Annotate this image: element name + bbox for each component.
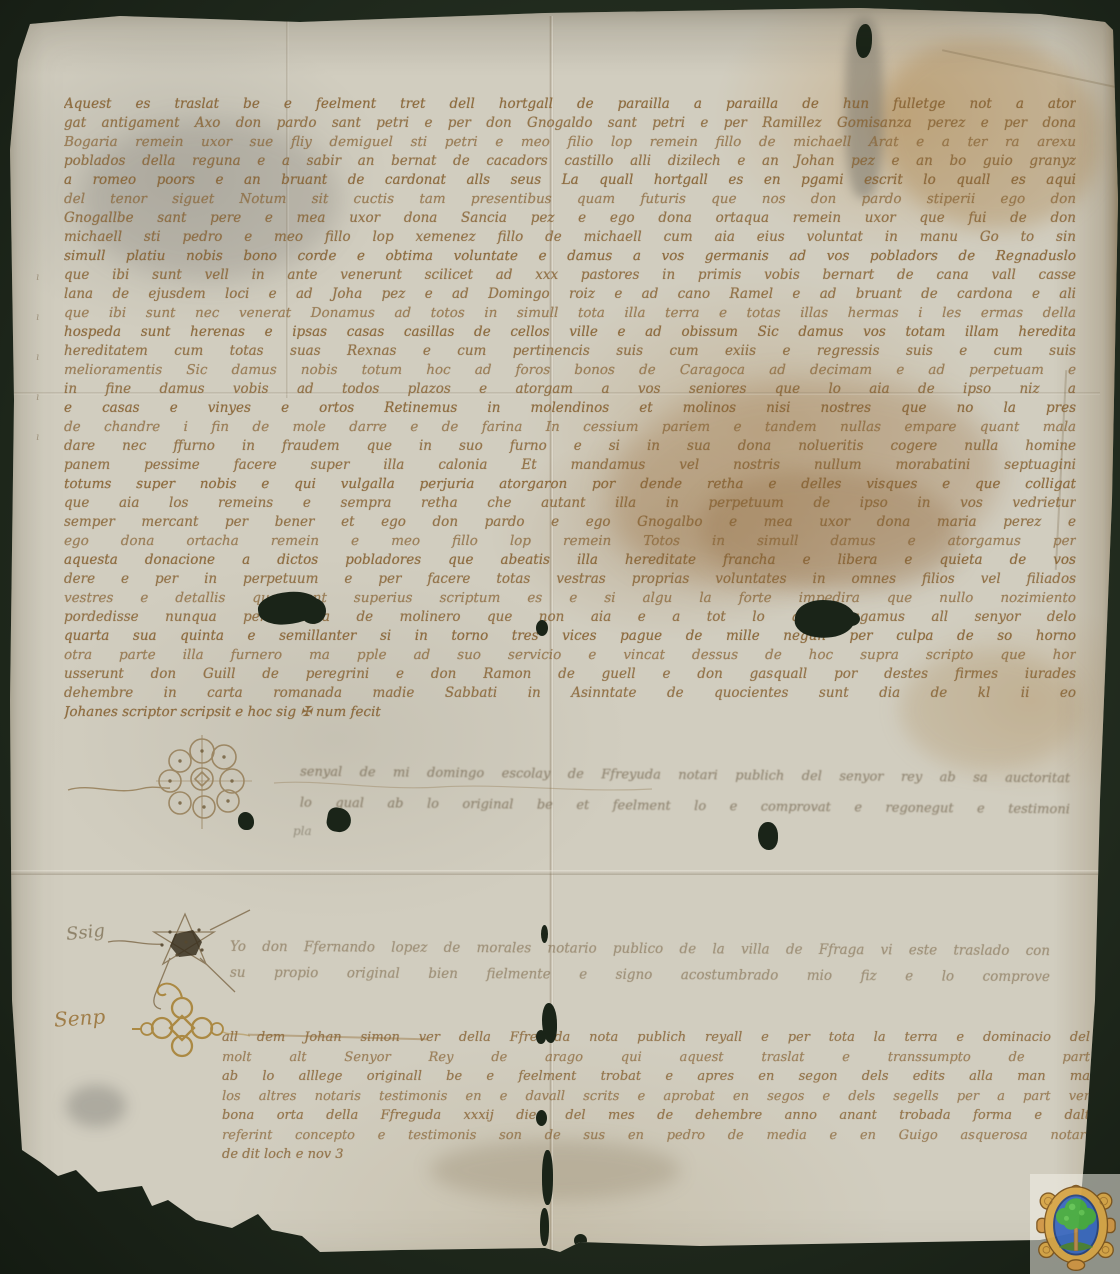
manuscript-line: molt alt Senyor Rey de arago qui aquest … bbox=[222, 1048, 1090, 1068]
manuscript-line: su propio original bien fielmente e sign… bbox=[230, 960, 1050, 990]
manuscript-line: los altres notaris testimonis en e daval… bbox=[222, 1087, 1090, 1107]
parchment-hole bbox=[540, 1208, 549, 1246]
manuscript-line: del tenor siguet Notum sit cuctis tam pr… bbox=[64, 190, 1076, 209]
manuscript-line: a romeo poors e an bruant de cardonat al… bbox=[64, 171, 1076, 190]
manuscript-line: dare nec ffurno in fraudem que in suo fu… bbox=[64, 437, 1076, 456]
manuscript-line: all dem Johan simon ver della Ffreguda n… bbox=[222, 1028, 1090, 1048]
margin-mark: ı bbox=[36, 298, 46, 338]
parchment-hole bbox=[758, 822, 778, 850]
manuscript-line: panem pessime facere super illa calonia … bbox=[64, 456, 1076, 475]
manuscript-line: pordedisse nunqua per culpa de molinero … bbox=[64, 608, 1076, 627]
parchment-sheet: Aquest es traslat be e feelment tret del… bbox=[0, 0, 1120, 1274]
manuscript-line: semper mercant per bener et ego don pard… bbox=[64, 513, 1076, 532]
manuscript-line: referint concepto e testimonis son de su… bbox=[222, 1126, 1090, 1146]
notary-note-block: Yo don Ffernando lopez de morales notari… bbox=[230, 934, 1050, 990]
manuscript-line: bona orta della Ffreguda xxxij dies del … bbox=[222, 1106, 1090, 1126]
manuscript-line: vestres e detallis que ant superius scri… bbox=[64, 589, 1076, 608]
stain bbox=[66, 1085, 126, 1127]
confirmation-text-block: senyal de mi domingo escolay de Ffreyuda… bbox=[300, 757, 1071, 826]
margin-mark: ı bbox=[36, 258, 46, 298]
manuscript-line: que aia los remeins e sempra retha che a… bbox=[64, 494, 1076, 513]
photograph-of-parchment-charter: Aquest es traslat be e feelment tret del… bbox=[0, 0, 1120, 1274]
manuscript-line: michaell sti pedro e meo fillo lop xemen… bbox=[64, 228, 1076, 247]
sign-word-ssig: Ssig bbox=[65, 920, 106, 945]
manuscript-line: otra parte illa furnero ma pple ad suo s… bbox=[64, 646, 1076, 665]
manuscript-line: hereditatem cum totas suas Rexnas e cum … bbox=[64, 342, 1076, 361]
fold-crease-diagonal bbox=[942, 49, 1120, 93]
parchment-hole bbox=[856, 24, 872, 58]
manuscript-line: lana de ejusdem loci e ad Joha pez e ad … bbox=[64, 285, 1076, 304]
margin-mark: ı bbox=[36, 378, 46, 418]
manuscript-line: usserunt don Guill de peregrini e don Ra… bbox=[64, 665, 1076, 684]
manuscript-line: que ibi sunt vell in ante venerunt scili… bbox=[64, 266, 1076, 285]
manuscript-line: que ibi sunt nec venerat Donamus ad toto… bbox=[64, 304, 1076, 323]
manuscript-line: gat antigament Axo don pardo sant petri … bbox=[64, 114, 1076, 133]
certification-text-block: all dem Johan simon ver della Ffreguda n… bbox=[222, 1028, 1090, 1165]
sign-word-senp: Senp bbox=[53, 1004, 106, 1032]
margin-mark: ı bbox=[36, 338, 46, 378]
parchment-hole bbox=[238, 812, 254, 830]
manuscript-line: lo qual ab lo original be et feelment lo… bbox=[300, 788, 1070, 826]
manuscript-line: aquesta donacione a dictos pobladores qu… bbox=[64, 551, 1076, 570]
parchment-hole bbox=[574, 1234, 587, 1247]
confirmation-tail-word: pla bbox=[293, 824, 312, 838]
manuscript-line: dere e per in perpetuum e per facere tot… bbox=[64, 570, 1076, 589]
manuscript-line: hospeda sunt herenas e ipsas casas casil… bbox=[64, 323, 1076, 342]
manuscript-line: poblados della reguna e a sabir an berna… bbox=[64, 152, 1076, 171]
manuscript-line: de chandre i fin de mole darre e de fari… bbox=[64, 418, 1076, 437]
margin-marks: ııııı bbox=[36, 258, 46, 458]
manuscript-line: melioramentis Sic damus nobis totum hoc … bbox=[64, 361, 1076, 380]
manuscript-line: Aquest es traslat be e feelment tret del… bbox=[64, 95, 1076, 114]
manuscript-line: e casas e vinyes e ortos Retinemus in mo… bbox=[64, 399, 1076, 418]
manuscript-line: Johanes scriptor scripsit e hoc sig ✠ nu… bbox=[64, 703, 1076, 722]
manuscript-line: Bogaria remein uxor sue fliy demiguel st… bbox=[64, 133, 1076, 152]
manuscript-line: quarta sua quinta e semillanter si in to… bbox=[64, 627, 1076, 646]
margin-mark: ı bbox=[36, 418, 46, 458]
main-charter-text-block: Aquest es traslat be e feelment tret del… bbox=[64, 95, 1076, 722]
manuscript-line: ego dona ortacha remein e meo fillo lop … bbox=[64, 532, 1076, 551]
manuscript-line: ab lo alllege originall be e feelment tr… bbox=[222, 1067, 1090, 1087]
manuscript-line: totums super nobis e qui vulgalla perjur… bbox=[64, 475, 1076, 494]
manuscript-line: de dit loch e nov 3 bbox=[222, 1145, 1090, 1165]
fold-crease-horizontal-lower bbox=[8, 870, 1100, 875]
manuscript-line: simull platiu nobis bono corde e obtima … bbox=[64, 247, 1076, 266]
manuscript-line: in fine damus vobis ad todos plazos e at… bbox=[64, 380, 1076, 399]
archive-coat-of-arms-emblem bbox=[1034, 1178, 1118, 1272]
manuscript-line: dehembre in carta romanada madie Sabbati… bbox=[64, 684, 1076, 703]
manuscript-line: Gnogallbe sant pere e mea uxor dona Sanc… bbox=[64, 209, 1076, 228]
